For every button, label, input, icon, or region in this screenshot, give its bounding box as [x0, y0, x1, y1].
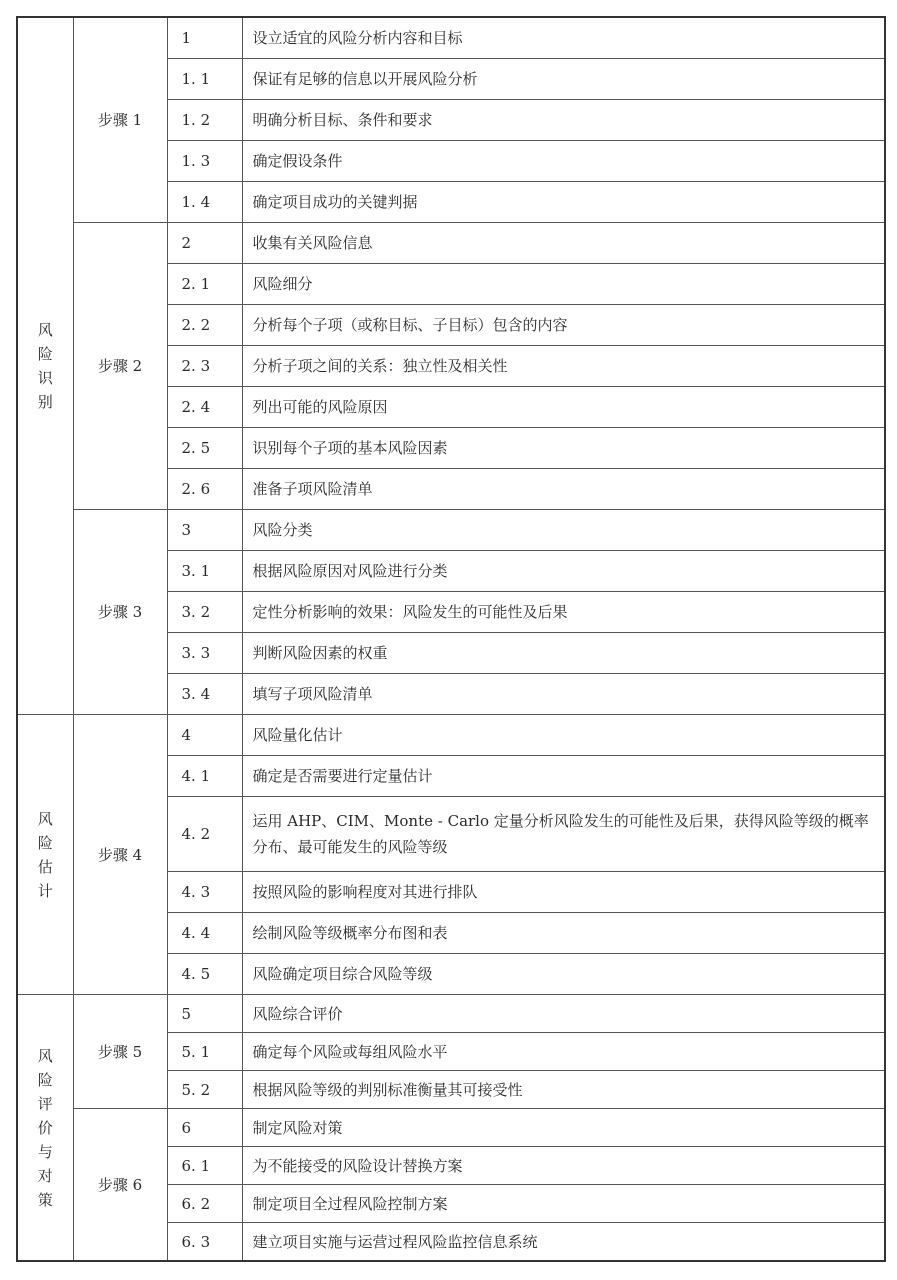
step-cell: 步骤 5: [73, 995, 167, 1109]
item-number: 3. 1: [167, 551, 242, 592]
item-description: 风险确定项目综合风险等级: [242, 954, 885, 995]
item-description: 风险量化估计: [242, 715, 885, 756]
item-number: 1: [167, 17, 242, 59]
item-description: 按照风险的影响程度对其进行排队: [242, 872, 885, 913]
item-number: 4: [167, 715, 242, 756]
item-description: 识别每个子项的基本风险因素: [242, 428, 885, 469]
item-description: 绘制风险等级概率分布图和表: [242, 913, 885, 954]
item-number: 3. 4: [167, 674, 242, 715]
item-number: 4. 3: [167, 872, 242, 913]
item-description: 确定是否需要进行定量估计: [242, 756, 885, 797]
item-number: 6: [167, 1109, 242, 1147]
phase-cell-evaluation: 风险评价与对策: [17, 995, 73, 1262]
item-description: 收集有关风险信息: [242, 223, 885, 264]
phase-label: 风险识别: [38, 318, 53, 414]
item-description: 为不能接受的风险设计替换方案: [242, 1147, 885, 1185]
item-description: 判断风险因素的权重: [242, 633, 885, 674]
item-number: 6. 2: [167, 1185, 242, 1223]
phase-label: 风险估计: [38, 807, 53, 903]
step-cell: 步骤 4: [73, 715, 167, 995]
item-number: 5. 1: [167, 1033, 242, 1071]
table-row: 风险评价与对策 步骤 5 5 风险综合评价: [17, 995, 885, 1033]
step-cell: 步骤 2: [73, 223, 167, 510]
item-description: 风险分类: [242, 510, 885, 551]
item-number: 4. 2: [167, 797, 242, 872]
item-number: 6. 1: [167, 1147, 242, 1185]
item-description: 保证有足够的信息以开展风险分析: [242, 59, 885, 100]
item-number: 2. 1: [167, 264, 242, 305]
item-number: 3. 2: [167, 592, 242, 633]
item-number: 4. 5: [167, 954, 242, 995]
item-description: 设立适宜的风险分析内容和目标: [242, 17, 885, 59]
phase-label: 风险评价与对策: [38, 1044, 53, 1212]
item-number: 2. 5: [167, 428, 242, 469]
item-description: 分析子项之间的关系：独立性及相关性: [242, 346, 885, 387]
item-number: 1. 1: [167, 59, 242, 100]
risk-process-table: 风险识别 步骤 1 1 设立适宜的风险分析内容和目标 1. 1 保证有足够的信息…: [16, 16, 886, 1262]
item-description: 根据风险原因对风险进行分类: [242, 551, 885, 592]
item-description: 确定假设条件: [242, 141, 885, 182]
item-number: 1. 3: [167, 141, 242, 182]
item-number: 2. 4: [167, 387, 242, 428]
item-description: 分析每个子项（或称目标、子目标）包含的内容: [242, 305, 885, 346]
item-number: 5: [167, 995, 242, 1033]
phase-cell-estimation: 风险估计: [17, 715, 73, 995]
item-description: 明确分析目标、条件和要求: [242, 100, 885, 141]
table-row: 步骤 2 2 收集有关风险信息: [17, 223, 885, 264]
item-number: 4. 1: [167, 756, 242, 797]
item-description: 填写子项风险清单: [242, 674, 885, 715]
item-number: 1. 4: [167, 182, 242, 223]
step-cell: 步骤 1: [73, 17, 167, 223]
item-number: 5. 2: [167, 1071, 242, 1109]
phase-cell-identification: 风险识别: [17, 17, 73, 715]
item-description: 根据风险等级的判别标准衡量其可接受性: [242, 1071, 885, 1109]
item-number: 3. 3: [167, 633, 242, 674]
table-row: 风险估计 步骤 4 4 风险量化估计: [17, 715, 885, 756]
table-row: 风险识别 步骤 1 1 设立适宜的风险分析内容和目标: [17, 17, 885, 59]
step-cell: 步骤 3: [73, 510, 167, 715]
item-number: 3: [167, 510, 242, 551]
item-description: 制定风险对策: [242, 1109, 885, 1147]
item-number: 2. 2: [167, 305, 242, 346]
item-number: 1. 2: [167, 100, 242, 141]
item-description: 准备子项风险清单: [242, 469, 885, 510]
item-description: 风险综合评价: [242, 995, 885, 1033]
item-description: 运用 AHP、CIM、Monte - Carlo 定量分析风险发生的可能性及后果…: [242, 797, 885, 872]
table-row: 步骤 3 3 风险分类: [17, 510, 885, 551]
item-description: 确定每个风险或每组风险水平: [242, 1033, 885, 1071]
item-description: 建立项目实施与运营过程风险监控信息系统: [242, 1223, 885, 1262]
item-description: 风险细分: [242, 264, 885, 305]
item-number: 2. 6: [167, 469, 242, 510]
item-description: 列出可能的风险原因: [242, 387, 885, 428]
step-cell: 步骤 6: [73, 1109, 167, 1262]
item-number: 6. 3: [167, 1223, 242, 1262]
item-number: 2. 3: [167, 346, 242, 387]
item-number: 4. 4: [167, 913, 242, 954]
item-description: 定性分析影响的效果：风险发生的可能性及后果: [242, 592, 885, 633]
item-number: 2: [167, 223, 242, 264]
item-description: 制定项目全过程风险控制方案: [242, 1185, 885, 1223]
item-description: 确定项目成功的关键判据: [242, 182, 885, 223]
table-row: 步骤 6 6 制定风险对策: [17, 1109, 885, 1147]
